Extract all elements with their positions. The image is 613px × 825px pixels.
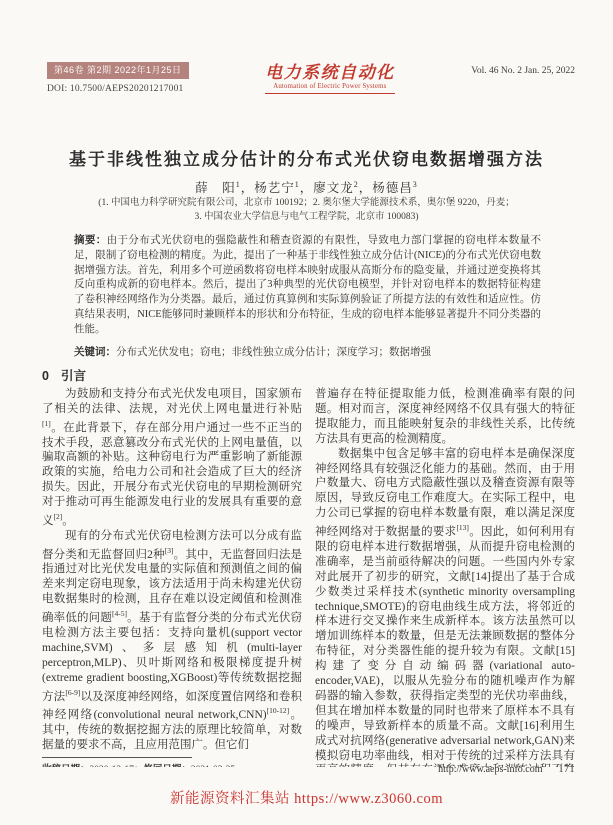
body-paragraph-2: 现有的分布式光伏窃电检测方法可以分成有监督分类和无监督回归2种[3]。其中，无监… bbox=[42, 529, 302, 753]
footnote-received-dates: 收稿日期：2020-12-17；修回日期：2021-03-25。 bbox=[42, 763, 302, 767]
page-number: 171 bbox=[559, 764, 576, 775]
logo-underline bbox=[265, 93, 395, 94]
page-footer: http://www.aeps-info.com 171 bbox=[438, 764, 575, 775]
watermark-url-link[interactable]: https://www.z3060.com bbox=[294, 791, 443, 807]
doi-text: DOI: 10.7500/AEPS20201217001 bbox=[47, 84, 189, 94]
keywords-paragraph: 关键词：分布式光伏发电；窃电；非线性独立成分估计；深度学习；数据增强 bbox=[74, 345, 541, 361]
header-right: Vol. 46 No. 2 Jan. 25, 2022 bbox=[471, 62, 575, 76]
watermark-banner: 新能源资料汇集站 https://www.z3060.com bbox=[0, 787, 613, 808]
journal-url-link[interactable]: http://www.aeps-info.com bbox=[438, 764, 542, 775]
journal-name-cn: 电力系统自动化 bbox=[265, 63, 395, 82]
affiliation-line-2: 3. 中国农业大学信息与电气工程学院，北京市 100083) bbox=[0, 211, 613, 225]
footnote-block: 收稿日期：2020-12-17；修回日期：2021-03-25。 上网日期：20… bbox=[42, 753, 302, 767]
watermark-site-name: 新能源资料汇集站 bbox=[170, 791, 290, 807]
issue-badge: 第46卷 第2期 2022年1月25日 bbox=[47, 62, 189, 79]
body-paragraph-3: 普遍存在特征提取能力低，检测准确率有限的问题。相对而言，深度神经网络不仅具有强大… bbox=[315, 387, 575, 447]
journal-name-en: Automation of Electric Power Systems bbox=[265, 82, 395, 91]
author-line: 薛 阳1，杨艺宁1，廖文龙2，杨德昌3 bbox=[0, 178, 613, 196]
abstract-paragraph: 摘要：由于分布式光伏窃电的强隐蔽性和稽查资源的有限性，导致电力部门掌握的窃电样本… bbox=[74, 233, 541, 338]
right-column: 普遍存在特征提取能力低，检测准确率有限的问题。相对而言，深度神经网络不仅具有强大… bbox=[315, 387, 575, 767]
footnote-divider bbox=[42, 757, 192, 758]
body-paragraph-4: 数据集中包含足够丰富的窃电样本是确保深度神经网络具有较强泛化能力的基础。然而，由… bbox=[315, 447, 575, 767]
section-number: 0 bbox=[42, 369, 49, 383]
section-heading: 0引言 bbox=[42, 366, 86, 384]
section-title: 引言 bbox=[61, 369, 86, 383]
journal-header: 第46卷 第2期 2022年1月25日 DOI: 10.7500/AEPS202… bbox=[47, 62, 575, 94]
body-paragraph-1: 为鼓励和支持分布式光伏发电项目，国家颁布了相关的法律、法规，对光伏上网电量进行补… bbox=[42, 387, 302, 529]
paper-page: 第46卷 第2期 2022年1月25日 DOI: 10.7500/AEPS202… bbox=[0, 0, 613, 825]
affiliations: (1. 中国电力科学研究院有限公司，北京市 100192；2. 奥尔堡大学能源技… bbox=[0, 197, 613, 224]
paper-title: 基于非线性独立成分估计的分布式光伏窃电数据增强方法 bbox=[0, 145, 613, 170]
volume-info: Vol. 46 No. 2 Jan. 25, 2022 bbox=[471, 66, 575, 76]
header-left: 第46卷 第2期 2022年1月25日 DOI: 10.7500/AEPS202… bbox=[47, 62, 189, 94]
body-columns: 为鼓励和支持分布式光伏发电项目，国家颁布了相关的法律、法规，对光伏上网电量进行补… bbox=[42, 387, 575, 767]
abstract-block: 摘要：由于分布式光伏窃电的强隐蔽性和稽查资源的有限性，导致电力部门掌握的窃电样本… bbox=[74, 233, 541, 360]
affiliation-line-1: (1. 中国电力科学研究院有限公司，北京市 100192；2. 奥尔堡大学能源技… bbox=[0, 197, 613, 211]
journal-logo: 电力系统自动化 Automation of Electric Power Sys… bbox=[265, 63, 395, 94]
left-column: 为鼓励和支持分布式光伏发电项目，国家颁布了相关的法律、法规，对光伏上网电量进行补… bbox=[42, 387, 302, 767]
